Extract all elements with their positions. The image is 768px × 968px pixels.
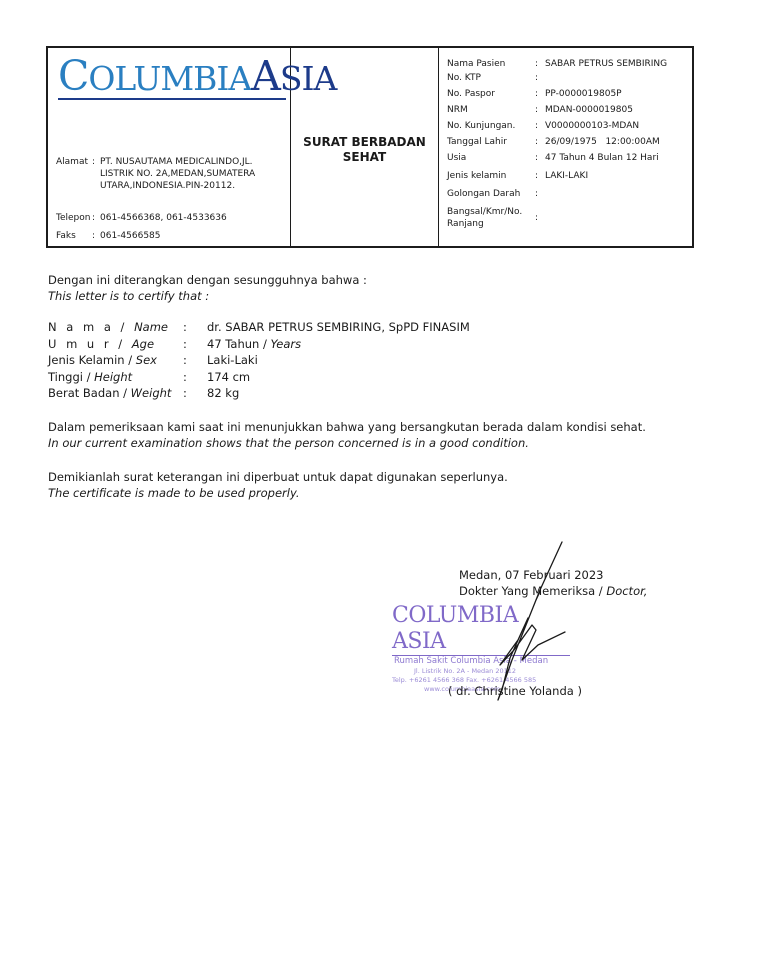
fax-label: Faks <box>56 230 92 242</box>
field-value: Laki-Laki <box>207 353 258 367</box>
field-label-en: Name <box>134 320 168 334</box>
closing-text-en: The certificate is made to be used prope… <box>48 485 300 501</box>
field-label-id: U m u r / <box>48 337 132 351</box>
patient-info-label: Jenis kelamin <box>447 170 535 182</box>
patient-info-value: MDAN-0000019805 <box>545 104 633 116</box>
patient-info-cell: Nama Pasien:SABAR PETRUS SEMBIRINGNo. KT… <box>439 48 692 246</box>
address-label: Alamat <box>56 156 92 192</box>
logo-columbia-initial: C <box>58 52 88 100</box>
patient-info-value: 26/09/1975 12:00:00AM <box>545 136 660 148</box>
intro-text-en: This letter is to certify that : <box>48 288 209 304</box>
closing-text-id: Demikianlah surat keterangan ini diperbu… <box>48 469 508 485</box>
patient-info-label: Bangsal/Kmr/No. Ranjang <box>447 206 535 230</box>
patient-info-row: Nama Pasien:SABAR PETRUS SEMBIRING <box>447 58 667 70</box>
exam-text-en: In our current examination shows that th… <box>48 435 529 451</box>
fax-row: Faks : 061-4566585 <box>56 230 275 242</box>
address-row: Alamat : PT. NUSAUTAMA MEDICALINDO,JL. L… <box>56 156 275 192</box>
field-value: 82 kg <box>207 386 239 400</box>
patient-info-row: Bangsal/Kmr/No. Ranjang: <box>447 206 545 230</box>
logo-asia-initial: A <box>251 52 280 100</box>
field-value: dr. SABAR PETRUS SEMBIRING, SpPD FINASIM <box>207 320 470 334</box>
patient-info-row: Usia:47 Tahun 4 Bulan 12 Hari <box>447 152 659 164</box>
field-label-id: Tinggi / <box>48 370 94 384</box>
patient-info-label: Usia <box>447 152 535 164</box>
field-value: 174 cm <box>207 370 250 384</box>
document-title-cell: SURAT BERBADAN SEHAT <box>291 48 439 246</box>
patient-info-row: No. KTP: <box>447 72 545 84</box>
address-value: PT. NUSAUTAMA MEDICALINDO,JL. LISTRIK NO… <box>100 156 275 192</box>
patient-info-value: PP-0000019805P <box>545 88 622 100</box>
field-row: Berat Badan / Weight:82 kg <box>48 385 239 401</box>
patient-info-row: No. Kunjungan.:V0000000103-MDAN <box>447 120 639 132</box>
field-label-id: Jenis Kelamin / <box>48 353 136 367</box>
document-title: SURAT BERBADAN SEHAT <box>303 135 426 165</box>
patient-info-label: NRM <box>447 104 535 116</box>
hospital-info-cell: COLUMBIAASIA Alamat : PT. NUSAUTAMA MEDI… <box>48 48 291 246</box>
exam-text-id: Dalam pemeriksaan kami saat ini menunjuk… <box>48 419 646 435</box>
examiner-label-id: Dokter Yang Memeriksa / <box>459 584 606 598</box>
patient-info-row: Jenis kelamin:LAKI-LAKI <box>447 170 588 182</box>
field-label-en: Height <box>94 370 132 384</box>
patient-info-label: Golongan Darah <box>447 188 535 200</box>
field-label-id: N a m a / <box>48 320 134 334</box>
examiner-label: Dokter Yang Memeriksa / Doctor, <box>459 583 647 599</box>
stamp-hospital-name: Rumah Sakit Columbia Asia - Medan <box>394 656 570 667</box>
title-line-1: SURAT BERBADAN <box>303 135 426 150</box>
intro-text-id: Dengan ini diterangkan dengan sesungguhn… <box>48 272 367 288</box>
doctor-name: ( dr. Christine Yolanda ) <box>448 683 582 699</box>
field-value-en: Years <box>271 337 302 351</box>
phone-value: 061-4566368, 061-4533636 <box>100 212 275 224</box>
logo-columbia-text: OLUMBIA <box>88 59 251 98</box>
field-row: Jenis Kelamin / Sex:Laki-Laki <box>48 352 258 368</box>
patient-info-label: Tanggal Lahir <box>447 136 535 148</box>
patient-info-label: No. Kunjungan. <box>447 120 535 132</box>
phone-label: Telepon <box>56 212 92 224</box>
place-date: Medan, 07 Februari 2023 <box>459 567 604 583</box>
patient-info-row: No. Paspor:PP-0000019805P <box>447 88 622 100</box>
field-row: U m u r / Age:47 Tahun / Years <box>48 336 301 352</box>
patient-info-row: Golongan Darah: <box>447 188 545 200</box>
field-row: N a m a / Name:dr. SABAR PETRUS SEMBIRIN… <box>48 319 470 335</box>
fax-value: 061-4566585 <box>100 230 275 242</box>
field-row: Tinggi / Height:174 cm <box>48 369 250 385</box>
hospital-stamp: COLUMBIA ASIA Rumah Sakit Columbia Asia … <box>392 603 570 694</box>
patient-info-value: SABAR PETRUS SEMBIRING <box>545 58 667 70</box>
field-label-en: Sex <box>136 353 157 367</box>
patient-info-value: V0000000103-MDAN <box>545 120 639 132</box>
header-table: COLUMBIAASIA Alamat : PT. NUSAUTAMA MEDI… <box>46 46 694 248</box>
title-line-2: SEHAT <box>303 150 426 165</box>
patient-info-label: Nama Pasien <box>447 58 535 70</box>
field-value: 47 Tahun / <box>207 337 271 351</box>
phone-row: Telepon : 061-4566368, 061-4533636 <box>56 212 275 224</box>
logo-underline <box>58 98 286 100</box>
examiner-label-en: Doctor, <box>606 584 647 598</box>
field-label-id: Berat Badan / <box>48 386 131 400</box>
stamp-logo: COLUMBIA ASIA <box>392 603 570 656</box>
patient-info-label: No. KTP <box>447 72 535 84</box>
patient-info-row: NRM:MDAN-0000019805 <box>447 104 633 116</box>
field-label-en: Weight <box>131 386 172 400</box>
patient-info-row: Tanggal Lahir:26/09/1975 12:00:00AM <box>447 136 660 148</box>
stamp-address: Jl. Listrik No. 2A - Medan 20112 <box>414 667 570 676</box>
patient-info-value: LAKI-LAKI <box>545 170 588 182</box>
field-label-en: Age <box>132 337 154 351</box>
patient-info-label: No. Paspor <box>447 88 535 100</box>
patient-info-value: 47 Tahun 4 Bulan 12 Hari <box>545 152 659 164</box>
